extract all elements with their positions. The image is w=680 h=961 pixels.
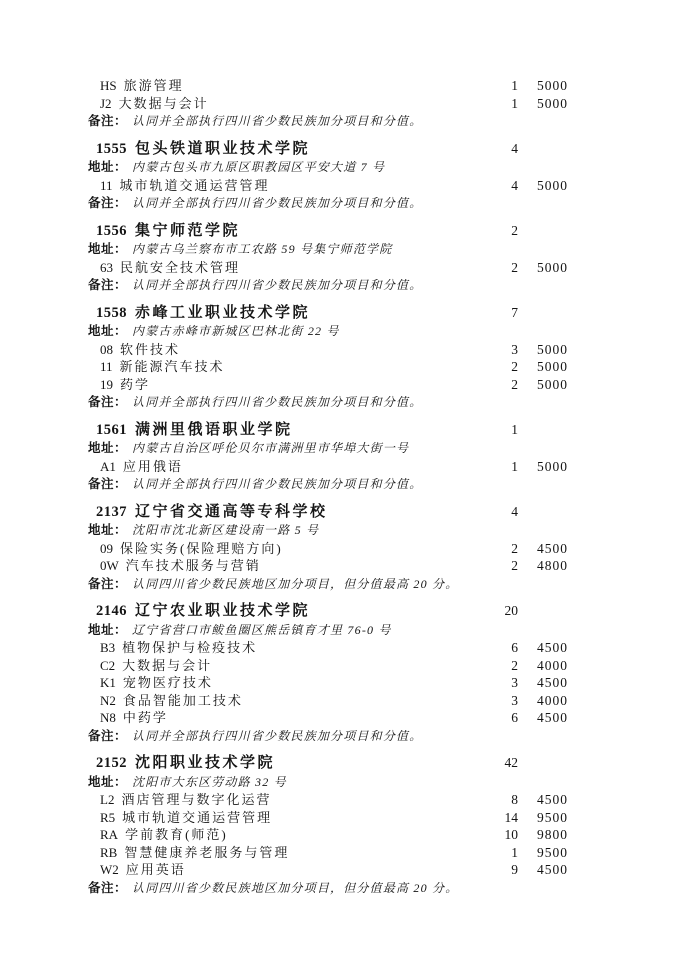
college-code: 2137 bbox=[96, 504, 127, 520]
major-plan-count: 3 bbox=[478, 674, 518, 692]
note-row: 备注：认同并全部执行四川省少数民族加分项目和分值。 bbox=[88, 112, 568, 131]
major-name: 药学 bbox=[120, 377, 150, 392]
major-tuition-fee: 5000 bbox=[518, 77, 568, 95]
major-tuition-fee: 4000 bbox=[518, 657, 568, 675]
major-code: L2 bbox=[100, 792, 114, 807]
major-plan-count: 6 bbox=[478, 709, 518, 727]
college-address: 内蒙古包头市九原区职教园区平安大道 7 号 bbox=[132, 160, 385, 174]
address-row: 地址：内蒙古包头市九原区职教园区平安大道 7 号 bbox=[88, 158, 568, 177]
major-row: 63民航安全技术管理25000 bbox=[88, 259, 568, 277]
major-title: 11新能源汽车技术 bbox=[88, 358, 478, 376]
note-line: 备注：认同并全部执行四川省少数民族加分项目和分值。 bbox=[88, 112, 568, 131]
major-title: W2应用英语 bbox=[88, 861, 478, 879]
address-line: 地址：内蒙古赤峰市新城区巴林北街 22 号 bbox=[88, 322, 568, 341]
note-text: 认同并全部执行四川省少数民族加分项目和分值。 bbox=[132, 477, 422, 491]
major-name: 民航安全技术管理 bbox=[120, 260, 240, 275]
college-plan-count: 4 bbox=[478, 503, 518, 521]
major-tuition-fee: 4500 bbox=[518, 791, 568, 809]
note-label: 备注： bbox=[88, 114, 127, 128]
college-name: 辽宁省交通高等专科学校 bbox=[135, 503, 328, 520]
note-label: 备注： bbox=[88, 477, 127, 491]
note-row: 备注：认同并全部执行四川省少数民族加分项目和分值。 bbox=[88, 727, 568, 746]
address-label: 地址： bbox=[88, 523, 127, 537]
major-plan-count: 1 bbox=[478, 458, 518, 476]
major-title: 0W汽车技术服务与营销 bbox=[88, 557, 478, 575]
major-title: 11城市轨道交通运营管理 bbox=[88, 177, 478, 195]
college-block: 1561满洲里俄语职业学院1地址：内蒙古自治区呼伦贝尔市满洲里市华埠大街一号A1… bbox=[88, 421, 568, 494]
major-title: 19药学 bbox=[88, 376, 478, 394]
note-line: 备注：认同并全部执行四川省少数民族加分项目和分值。 bbox=[88, 276, 568, 295]
major-name: 智慧健康养老服务与管理 bbox=[124, 845, 289, 860]
major-tuition-fee: 4500 bbox=[518, 709, 568, 727]
college-header-row: 1556集宁师范学院2 bbox=[88, 222, 568, 241]
major-row: W2应用英语94500 bbox=[88, 861, 568, 879]
college-name: 辽宁农业职业技术学院 bbox=[135, 602, 310, 619]
address-row: 地址：内蒙古赤峰市新城区巴林北街 22 号 bbox=[88, 322, 568, 341]
major-code: RB bbox=[100, 845, 117, 860]
note-label: 备注： bbox=[88, 729, 127, 743]
major-tuition-fee: 5000 bbox=[518, 95, 568, 113]
note-text: 认同并全部执行四川省少数民族加分项目和分值。 bbox=[132, 196, 422, 210]
major-row: C2大数据与会计24000 bbox=[88, 657, 568, 675]
college-header-row: 2137辽宁省交通高等专科学校4 bbox=[88, 503, 568, 522]
note-line: 备注：认同并全部执行四川省少数民族加分项目和分值。 bbox=[88, 393, 568, 412]
major-name: 城市轨道交通运营管理 bbox=[120, 178, 270, 193]
major-row: HS旅游管理15000 bbox=[88, 77, 568, 95]
major-row: K1宠物医疗技术34500 bbox=[88, 674, 568, 692]
college-plan-count: 7 bbox=[478, 304, 518, 322]
major-name: 旅游管理 bbox=[124, 78, 184, 93]
college-header-row: 1561满洲里俄语职业学院1 bbox=[88, 421, 568, 440]
major-code: J2 bbox=[100, 96, 112, 111]
major-title: B3植物保护与检疫技术 bbox=[88, 639, 478, 657]
major-tuition-fee: 4500 bbox=[518, 674, 568, 692]
major-name: 食品智能加工技术 bbox=[123, 693, 243, 708]
college-title: 2146辽宁农业职业技术学院 bbox=[88, 602, 478, 621]
address-line: 地址：沈阳市沈北新区建设南一路 5 号 bbox=[88, 521, 568, 540]
major-plan-count: 1 bbox=[478, 844, 518, 862]
note-line: 备注：认同四川省少数民族地区加分项目，但分值最高 20 分。 bbox=[88, 575, 568, 594]
major-code: 09 bbox=[100, 541, 113, 556]
college-block: 2152沈阳职业技术学院42地址：沈阳市大东区劳动路 32 号L2酒店管理与数字… bbox=[88, 754, 568, 897]
college-code: 1556 bbox=[96, 223, 127, 239]
note-text: 认同四川省少数民族地区加分项目，但分值最高 20 分。 bbox=[132, 577, 458, 591]
major-tuition-fee: 4000 bbox=[518, 692, 568, 710]
college-address: 沈阳市沈北新区建设南一路 5 号 bbox=[132, 523, 319, 537]
address-row: 地址：内蒙古乌兰察布市工农路 59 号集宁师范学院 bbox=[88, 240, 568, 259]
major-row: 09保险实务(保险理赔方向)24500 bbox=[88, 540, 568, 558]
major-row: J2大数据与会计15000 bbox=[88, 95, 568, 113]
note-line: 备注：认同四川省少数民族地区加分项目，但分值最高 20 分。 bbox=[88, 879, 568, 898]
college-plan-count: 4 bbox=[478, 140, 518, 158]
major-name: 大数据与会计 bbox=[122, 658, 212, 673]
college-title: 2137辽宁省交通高等专科学校 bbox=[88, 503, 478, 522]
major-code: 11 bbox=[100, 359, 113, 374]
college-header-row: 2146辽宁农业职业技术学院20 bbox=[88, 602, 568, 621]
major-tuition-fee: 5000 bbox=[518, 376, 568, 394]
major-row: RA学前教育(师范)109800 bbox=[88, 826, 568, 844]
college-block: 1555包头铁道职业技术学院4地址：内蒙古包头市九原区职教园区平安大道 7 号1… bbox=[88, 140, 568, 213]
major-title: 09保险实务(保险理赔方向) bbox=[88, 540, 478, 558]
major-plan-count: 8 bbox=[478, 791, 518, 809]
major-title: N8中药学 bbox=[88, 709, 478, 727]
college-title: 2152沈阳职业技术学院 bbox=[88, 754, 478, 773]
note-label: 备注： bbox=[88, 395, 127, 409]
college-block: HS旅游管理15000J2大数据与会计15000备注：认同并全部执行四川省少数民… bbox=[88, 77, 568, 131]
note-line: 备注：认同并全部执行四川省少数民族加分项目和分值。 bbox=[88, 727, 568, 746]
major-code: 63 bbox=[100, 260, 113, 275]
major-plan-count: 3 bbox=[478, 692, 518, 710]
college-address: 内蒙古自治区呼伦贝尔市满洲里市华埠大街一号 bbox=[132, 441, 409, 455]
address-line: 地址：内蒙古自治区呼伦贝尔市满洲里市华埠大街一号 bbox=[88, 439, 568, 458]
major-tuition-fee: 5000 bbox=[518, 341, 568, 359]
major-plan-count: 2 bbox=[478, 376, 518, 394]
major-plan-count: 2 bbox=[478, 540, 518, 558]
address-line: 地址：沈阳市大东区劳动路 32 号 bbox=[88, 773, 568, 792]
college-address: 内蒙古乌兰察布市工农路 59 号集宁师范学院 bbox=[132, 242, 392, 256]
major-plan-count: 1 bbox=[478, 95, 518, 113]
major-plan-count: 3 bbox=[478, 341, 518, 359]
major-row: B3植物保护与检疫技术64500 bbox=[88, 639, 568, 657]
college-header-row: 1558赤峰工业职业技术学院7 bbox=[88, 304, 568, 323]
major-tuition-fee: 5000 bbox=[518, 458, 568, 476]
college-address: 辽宁省营口市鲅鱼圈区熊岳镇育才里 76-0 号 bbox=[132, 623, 392, 637]
major-name: 学前教育(师范) bbox=[125, 827, 228, 842]
note-row: 备注：认同四川省少数民族地区加分项目，但分值最高 20 分。 bbox=[88, 879, 568, 898]
college-plan-count: 42 bbox=[478, 754, 518, 772]
note-line: 备注：认同并全部执行四川省少数民族加分项目和分值。 bbox=[88, 194, 568, 213]
major-plan-count: 4 bbox=[478, 177, 518, 195]
address-label: 地址： bbox=[88, 623, 127, 637]
note-label: 备注： bbox=[88, 278, 127, 292]
major-tuition-fee: 4800 bbox=[518, 557, 568, 575]
major-title: R5城市轨道交通运营管理 bbox=[88, 809, 478, 827]
major-name: 大数据与会计 bbox=[119, 96, 209, 111]
college-title: 1558赤峰工业职业技术学院 bbox=[88, 304, 478, 323]
note-text: 认同四川省少数民族地区加分项目，但分值最高 20 分。 bbox=[132, 881, 458, 895]
college-name: 赤峰工业职业技术学院 bbox=[135, 304, 310, 321]
major-plan-count: 2 bbox=[478, 358, 518, 376]
major-code: C2 bbox=[100, 658, 115, 673]
college-block: 1556集宁师范学院2地址：内蒙古乌兰察布市工农路 59 号集宁师范学院63民航… bbox=[88, 222, 568, 295]
note-row: 备注：认同并全部执行四川省少数民族加分项目和分值。 bbox=[88, 393, 568, 412]
major-code: A1 bbox=[100, 459, 116, 474]
college-code: 2152 bbox=[96, 755, 127, 771]
major-tuition-fee: 4500 bbox=[518, 861, 568, 879]
note-label: 备注： bbox=[88, 577, 127, 591]
college-block: 2146辽宁农业职业技术学院20地址：辽宁省营口市鲅鱼圈区熊岳镇育才里 76-0… bbox=[88, 602, 568, 745]
note-text: 认同并全部执行四川省少数民族加分项目和分值。 bbox=[132, 729, 422, 743]
major-plan-count: 2 bbox=[478, 557, 518, 575]
major-title: 63民航安全技术管理 bbox=[88, 259, 478, 277]
note-text: 认同并全部执行四川省少数民族加分项目和分值。 bbox=[132, 114, 422, 128]
major-row: 11新能源汽车技术25000 bbox=[88, 358, 568, 376]
major-name: 保险实务(保险理赔方向) bbox=[120, 541, 283, 556]
address-row: 地址：沈阳市大东区劳动路 32 号 bbox=[88, 773, 568, 792]
major-code: HS bbox=[100, 78, 117, 93]
note-text: 认同并全部执行四川省少数民族加分项目和分值。 bbox=[132, 395, 422, 409]
major-title: HS旅游管理 bbox=[88, 77, 478, 95]
college-address: 沈阳市大东区劳动路 32 号 bbox=[132, 775, 287, 789]
major-plan-count: 2 bbox=[478, 657, 518, 675]
major-code: 11 bbox=[100, 178, 113, 193]
major-row: A1应用俄语15000 bbox=[88, 458, 568, 476]
major-plan-count: 1 bbox=[478, 77, 518, 95]
major-code: B3 bbox=[100, 640, 115, 655]
major-tuition-fee: 5000 bbox=[518, 259, 568, 277]
major-title: C2大数据与会计 bbox=[88, 657, 478, 675]
note-row: 备注：认同并全部执行四川省少数民族加分项目和分值。 bbox=[88, 194, 568, 213]
address-label: 地址： bbox=[88, 242, 127, 256]
college-title: 1556集宁师范学院 bbox=[88, 222, 478, 241]
address-row: 地址：内蒙古自治区呼伦贝尔市满洲里市华埠大街一号 bbox=[88, 439, 568, 458]
major-title: K1宠物医疗技术 bbox=[88, 674, 478, 692]
major-name: 应用英语 bbox=[126, 862, 186, 877]
college-plan-count: 1 bbox=[478, 421, 518, 439]
major-tuition-fee: 4500 bbox=[518, 540, 568, 558]
college-header-row: 1555包头铁道职业技术学院4 bbox=[88, 140, 568, 159]
college-block: 1558赤峰工业职业技术学院7地址：内蒙古赤峰市新城区巴林北街 22 号08软件… bbox=[88, 304, 568, 412]
major-name: 城市轨道交通运营管理 bbox=[122, 810, 272, 825]
major-code: N8 bbox=[100, 710, 116, 725]
major-row: R5城市轨道交通运营管理149500 bbox=[88, 809, 568, 827]
major-tuition-fee: 5000 bbox=[518, 177, 568, 195]
major-name: 软件技术 bbox=[120, 342, 180, 357]
major-tuition-fee: 5000 bbox=[518, 358, 568, 376]
major-tuition-fee: 4500 bbox=[518, 639, 568, 657]
address-line: 地址：内蒙古乌兰察布市工农路 59 号集宁师范学院 bbox=[88, 240, 568, 259]
note-label: 备注： bbox=[88, 196, 127, 210]
major-code: W2 bbox=[100, 862, 119, 877]
address-label: 地址： bbox=[88, 160, 127, 174]
address-label: 地址： bbox=[88, 324, 127, 338]
college-name: 沈阳职业技术学院 bbox=[135, 754, 275, 771]
major-plan-count: 10 bbox=[478, 826, 518, 844]
major-code: RA bbox=[100, 827, 118, 842]
major-title: A1应用俄语 bbox=[88, 458, 478, 476]
college-title: 1555包头铁道职业技术学院 bbox=[88, 140, 478, 159]
major-code: N2 bbox=[100, 693, 116, 708]
college-name: 集宁师范学院 bbox=[135, 222, 240, 239]
college-name: 包头铁道职业技术学院 bbox=[135, 140, 310, 157]
major-plan-count: 6 bbox=[478, 639, 518, 657]
major-row: L2酒店管理与数字化运营84500 bbox=[88, 791, 568, 809]
address-line: 地址：辽宁省营口市鲅鱼圈区熊岳镇育才里 76-0 号 bbox=[88, 621, 568, 640]
major-title: RA学前教育(师范) bbox=[88, 826, 478, 844]
college-code: 2146 bbox=[96, 603, 127, 619]
major-row: RB智慧健康养老服务与管理19500 bbox=[88, 844, 568, 862]
note-text: 认同并全部执行四川省少数民族加分项目和分值。 bbox=[132, 278, 422, 292]
major-row: N2食品智能加工技术34000 bbox=[88, 692, 568, 710]
note-row: 备注：认同四川省少数民族地区加分项目，但分值最高 20 分。 bbox=[88, 575, 568, 594]
major-name: 汽车技术服务与营销 bbox=[126, 558, 261, 573]
major-code: R5 bbox=[100, 810, 115, 825]
college-address: 内蒙古赤峰市新城区巴林北街 22 号 bbox=[132, 324, 340, 338]
major-code: 19 bbox=[100, 377, 113, 392]
major-row: 0W汽车技术服务与营销24800 bbox=[88, 557, 568, 575]
major-name: 应用俄语 bbox=[123, 459, 183, 474]
major-title: N2食品智能加工技术 bbox=[88, 692, 478, 710]
address-line: 地址：内蒙古包头市九原区职教园区平安大道 7 号 bbox=[88, 158, 568, 177]
college-code: 1558 bbox=[96, 305, 127, 321]
note-row: 备注：认同并全部执行四川省少数民族加分项目和分值。 bbox=[88, 276, 568, 295]
major-name: 酒店管理与数字化运营 bbox=[121, 792, 271, 807]
major-row: 11城市轨道交通运营管理45000 bbox=[88, 177, 568, 195]
college-plan-list: HS旅游管理15000J2大数据与会计15000备注：认同并全部执行四川省少数民… bbox=[88, 77, 568, 897]
major-tuition-fee: 9500 bbox=[518, 809, 568, 827]
major-title: RB智慧健康养老服务与管理 bbox=[88, 844, 478, 862]
major-code: 08 bbox=[100, 342, 113, 357]
major-row: 08软件技术35000 bbox=[88, 341, 568, 359]
address-label: 地址： bbox=[88, 775, 127, 789]
college-plan-count: 2 bbox=[478, 222, 518, 240]
major-row: N8中药学64500 bbox=[88, 709, 568, 727]
major-title: 08软件技术 bbox=[88, 341, 478, 359]
address-row: 地址：沈阳市沈北新区建设南一路 5 号 bbox=[88, 521, 568, 540]
college-code: 1555 bbox=[96, 141, 127, 157]
major-tuition-fee: 9500 bbox=[518, 844, 568, 862]
major-code: K1 bbox=[100, 675, 116, 690]
note-row: 备注：认同并全部执行四川省少数民族加分项目和分值。 bbox=[88, 475, 568, 494]
major-name: 植物保护与检疫技术 bbox=[122, 640, 257, 655]
major-code: 0W bbox=[100, 558, 119, 573]
major-title: J2大数据与会计 bbox=[88, 95, 478, 113]
major-tuition-fee: 9800 bbox=[518, 826, 568, 844]
college-title: 1561满洲里俄语职业学院 bbox=[88, 421, 478, 440]
major-title: L2酒店管理与数字化运营 bbox=[88, 791, 478, 809]
address-row: 地址：辽宁省营口市鲅鱼圈区熊岳镇育才里 76-0 号 bbox=[88, 621, 568, 640]
college-header-row: 2152沈阳职业技术学院42 bbox=[88, 754, 568, 773]
note-label: 备注： bbox=[88, 881, 127, 895]
address-label: 地址： bbox=[88, 441, 127, 455]
college-code: 1561 bbox=[96, 422, 127, 438]
major-plan-count: 14 bbox=[478, 809, 518, 827]
major-row: 19药学25000 bbox=[88, 376, 568, 394]
note-line: 备注：认同并全部执行四川省少数民族加分项目和分值。 bbox=[88, 475, 568, 494]
major-name: 宠物医疗技术 bbox=[123, 675, 213, 690]
major-name: 新能源汽车技术 bbox=[120, 359, 225, 374]
college-block: 2137辽宁省交通高等专科学校4地址：沈阳市沈北新区建设南一路 5 号09保险实… bbox=[88, 503, 568, 594]
college-name: 满洲里俄语职业学院 bbox=[135, 421, 293, 438]
major-plan-count: 9 bbox=[478, 861, 518, 879]
college-plan-count: 20 bbox=[478, 602, 518, 620]
major-plan-count: 2 bbox=[478, 259, 518, 277]
major-name: 中药学 bbox=[123, 710, 168, 725]
